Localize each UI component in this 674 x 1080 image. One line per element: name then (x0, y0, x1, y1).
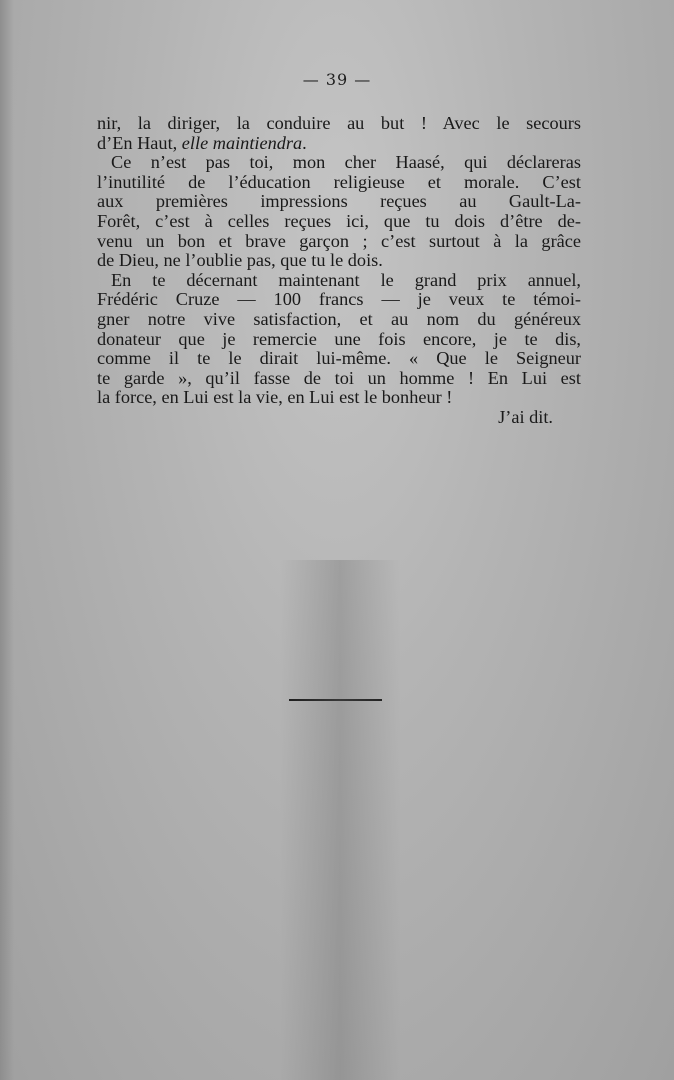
text-line: Frédéric Cruze — 100 francs — je veux te… (97, 290, 581, 310)
paragraph-start-line: En te décernant maintenant le grand prix… (97, 271, 581, 291)
text-line: gner notre vive satisfaction, et au nom … (97, 310, 581, 330)
page-number: — 39 — (0, 70, 674, 89)
text-line: donateur que je remercie une fois encore… (97, 330, 581, 350)
paragraph-start-line: Ce n’est pas toi, mon cher Haasé, qui dé… (97, 153, 581, 173)
text-segment: . (302, 133, 307, 153)
scanned-page: — 39 — nir, la diriger, la conduire au b… (0, 0, 674, 1080)
text-line: venu un bon et brave garçon ; c’est surt… (97, 232, 581, 252)
text-line: comme il te le dirait lui-même. « Que le… (97, 349, 581, 369)
text-line: Forêt, c’est à celles reçues ici, que tu… (97, 212, 581, 232)
text-segment: d’En Haut, (97, 133, 182, 153)
text-line: te garde », qu’il fasse de toi un homme … (97, 369, 581, 389)
italic-segment: elle maintiendra (182, 133, 302, 153)
end-rule (289, 699, 382, 701)
body-text: nir, la diriger, la conduire au but ! Av… (97, 114, 581, 428)
text-line: de Dieu, ne l’oublie pas, que tu le dois… (97, 251, 581, 271)
text-line: la force, en Lui est la vie, en Lui est … (97, 388, 581, 408)
text-line: aux premières impressions reçues au Gaul… (97, 192, 581, 212)
closing-line: J’ai dit. (97, 408, 581, 428)
text-line: d’En Haut, elle maintiendra. (97, 134, 581, 154)
text-line: nir, la diriger, la conduire au but ! Av… (97, 114, 581, 134)
text-line: l’inutilité de l’éducation religieuse et… (97, 173, 581, 193)
